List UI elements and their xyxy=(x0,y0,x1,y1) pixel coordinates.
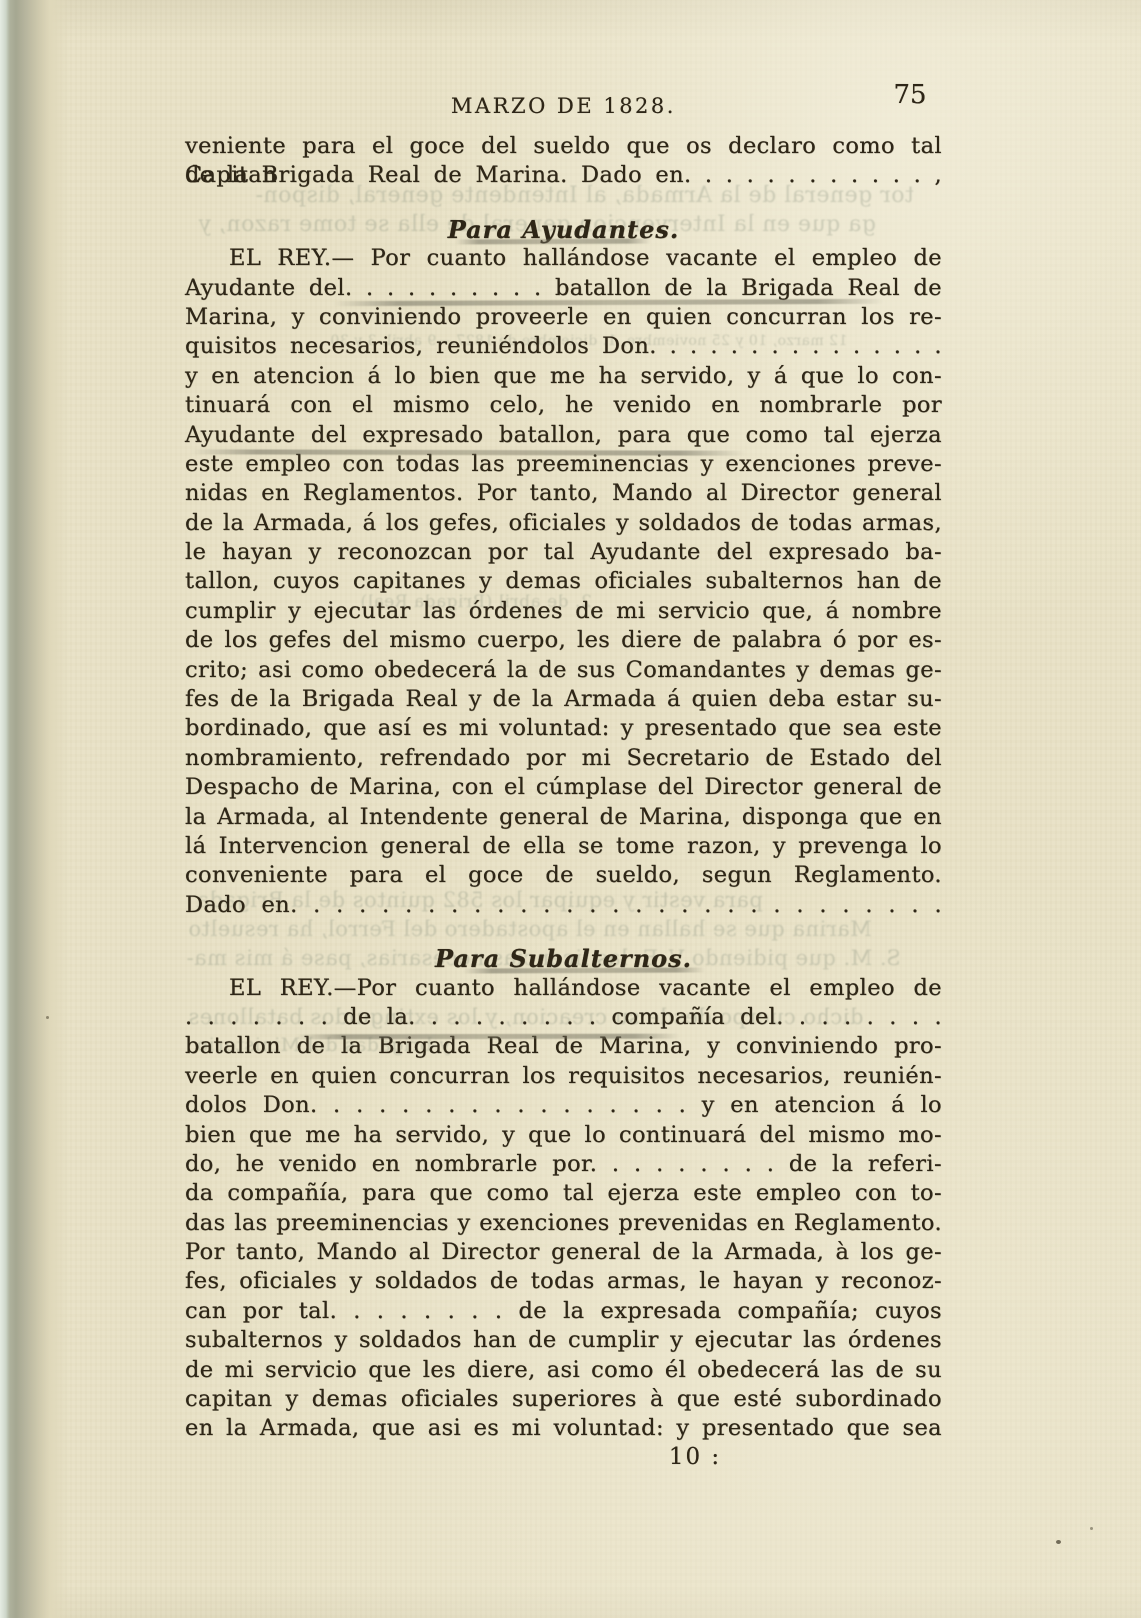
text-line: nidas en Reglamentos. Por tanto, Mando a… xyxy=(185,479,942,508)
text-line: do, he venido en nombrarle por. . . . . … xyxy=(185,1150,942,1179)
paper-speck xyxy=(46,1016,49,1019)
text-line: crito; asi como obedecerá la de sus Coma… xyxy=(185,656,942,685)
text-line: veerle en quien concurran los requisitos… xyxy=(185,1062,942,1091)
text-line: Dado en. . . . . . . . . . . . . . . . .… xyxy=(185,891,942,920)
text-line: conveniente para el goce de sueldo, segu… xyxy=(185,861,942,890)
book-binding-edge xyxy=(0,0,70,1618)
text-line: . . . . . . . de la. . . . . . . . . com… xyxy=(185,1003,942,1032)
text-line: cumplir y ejecutar las órdenes de mi ser… xyxy=(185,597,942,626)
text-line: das las preeminencias y exenciones preve… xyxy=(185,1209,942,1238)
text-line: tinuará con el mismo celo, he venido en … xyxy=(185,391,942,420)
text-line: can por tal. . . . . . . . de la expresa… xyxy=(185,1297,942,1326)
pencil-underline-mark xyxy=(296,1034,680,1040)
text-line: Marina, y conviniendo proveerle en quien… xyxy=(185,303,942,332)
pencil-underline-mark xyxy=(455,239,651,245)
text-line: tallon, cuyos capitanes y demas oficiale… xyxy=(185,567,942,596)
paper-speck xyxy=(1056,1540,1061,1544)
text-line: fes, oficiales y soldados de todas armas… xyxy=(185,1267,942,1296)
text-line: de la Brigada Real de Marina. Dado en. .… xyxy=(185,161,942,190)
pencil-underline-mark xyxy=(463,967,705,973)
text-line: EL REY.—Por cuanto hallándose vacante el… xyxy=(185,974,942,1003)
text-line: bien que me ha servido, y que lo continu… xyxy=(185,1121,942,1150)
paper-speck xyxy=(928,521,930,523)
text-line: en la Armada, que asi es mi voluntad: y … xyxy=(185,1414,942,1443)
running-title: MARZO DE 1828. xyxy=(185,94,942,118)
text-line: veniente para el goce del sueldo que os … xyxy=(185,132,942,161)
printer-signature-mark: 10 : xyxy=(650,1444,740,1470)
text-line: Ayudante del expresado batallon, para qu… xyxy=(185,421,942,450)
text-line: quisitos necesarios, reuniéndolos Don. .… xyxy=(185,332,942,361)
text-line: de mi servicio que les diere, asi como é… xyxy=(185,1356,942,1385)
text-line: bordinado, que así es mi voluntad: y pre… xyxy=(185,714,942,743)
text-line: EL REY.— Por cuanto hallándose vacante e… xyxy=(185,244,942,273)
text-line: dolos Don. . . . . . . . . . . . . . . .… xyxy=(185,1091,942,1120)
text-line: capitan y demas oficiales superiores à q… xyxy=(185,1385,942,1414)
text-line: de la Armada, á los gefes, oficiales y s… xyxy=(185,509,942,538)
text-line: Despacho de Marina, con el cúmplase del … xyxy=(185,773,942,802)
text-line: Por tanto, Mando al Director general de … xyxy=(185,1238,942,1267)
text-line: de los gefes del mismo cuerpo, les diere… xyxy=(185,626,942,655)
text-line: lá Intervencion general de ella se tome … xyxy=(185,832,942,861)
page-number: 75 xyxy=(880,80,940,110)
text-line: da compañía, para que como tal ejerza es… xyxy=(185,1179,942,1208)
intro-paragraph: veniente para el goce del sueldo que os … xyxy=(185,132,942,191)
text-line: fes de la Brigada Real y de la Armada á … xyxy=(185,685,942,714)
paragraph-ayudantes: EL REY.— Por cuanto hallándose vacante e… xyxy=(185,244,942,920)
text-line: y en atencion á lo bien que me ha servid… xyxy=(185,362,942,391)
text-line: la Armada, al Intendente general de Mari… xyxy=(185,803,942,832)
text-line: le hayan y reconozcan por tal Ayudante d… xyxy=(185,538,942,567)
paragraph-subalternos: EL REY.—Por cuanto hallándose vacante el… xyxy=(185,974,942,1444)
text-block: veniente para el goce del sueldo que os … xyxy=(185,132,942,1444)
text-line: subalternos y soldados han de cumplir y … xyxy=(185,1326,942,1355)
paper-speck xyxy=(214,1277,216,1280)
paper-speck xyxy=(1090,1527,1093,1530)
text-line: nombramiento, refrendado por mi Secretar… xyxy=(185,744,942,773)
